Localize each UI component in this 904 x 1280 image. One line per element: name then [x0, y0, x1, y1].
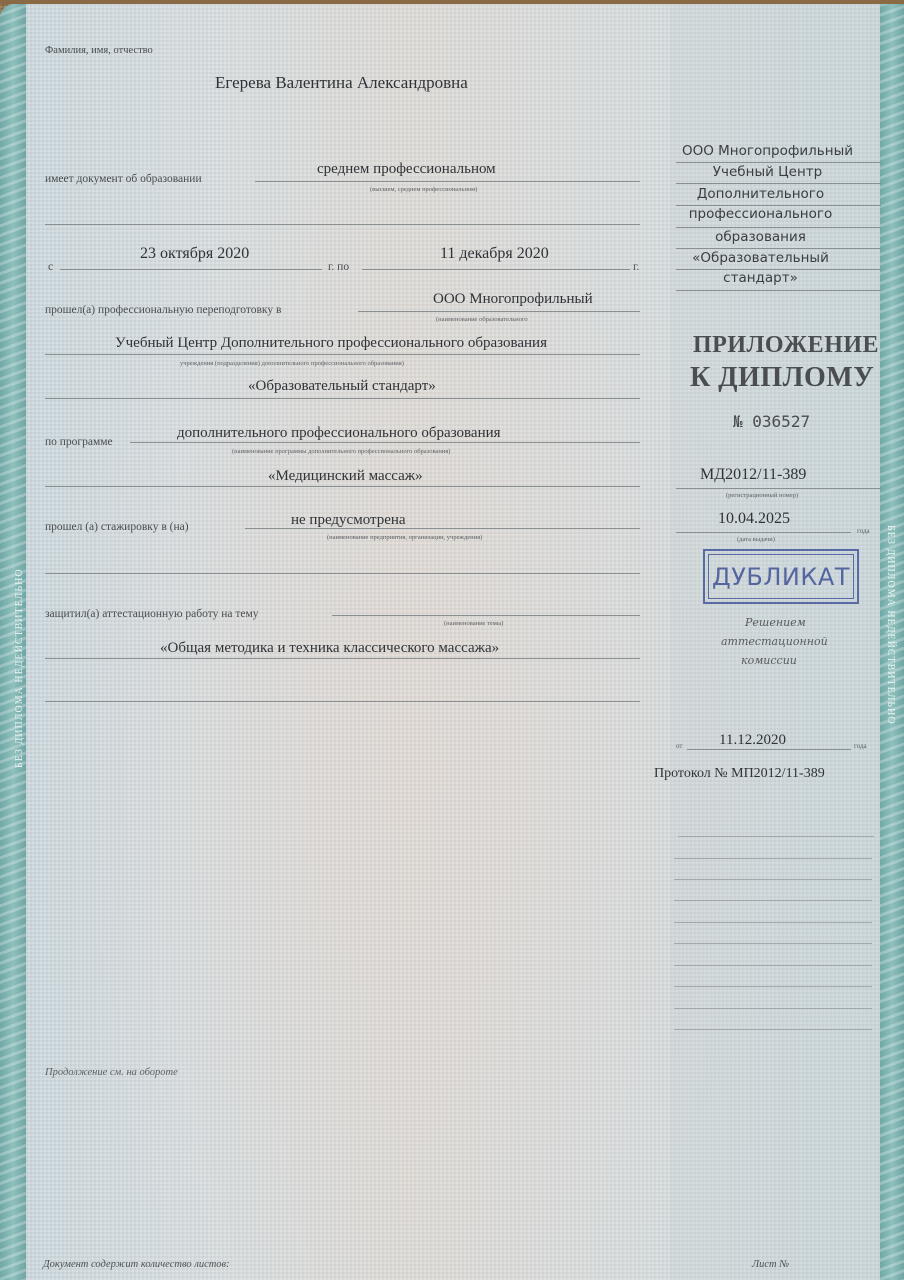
org-line: Учебный Центр: [670, 164, 865, 180]
thesis-value: «Общая методика и техника классического …: [160, 640, 499, 657]
org-underline: [676, 248, 881, 249]
decision-line: комиссии: [741, 654, 797, 667]
issue-date: 10.04.2025: [718, 510, 790, 528]
sheets-count-label: Документ содержит количество листов:: [43, 1259, 230, 1270]
retraining-line: [358, 311, 640, 312]
org-underline: [676, 227, 881, 228]
decision-suffix: года: [854, 742, 867, 750]
issue-caption: (дата выдачи): [737, 536, 775, 543]
ruled-line: [674, 900, 872, 901]
program-line2: «Медицинский массаж»: [268, 468, 423, 485]
org-line: ООО Многопрофильный: [670, 143, 865, 159]
program-caption: (наименование программы дополнительного …: [232, 448, 450, 455]
education-label: имеет документ об образовании: [45, 173, 202, 185]
org-underline: [676, 183, 881, 184]
org-line: профессионального: [663, 206, 858, 222]
protocol: Протокол № МП2012/11-389: [654, 766, 825, 782]
side-text-right: БЕЗ ДИПЛОМА НЕДЕЙСТВИТЕЛЬНО: [885, 525, 896, 535]
reg-caption: (регистрационный номер): [726, 492, 798, 499]
title-line1: ПРИЛОЖЕНИЕ: [693, 332, 879, 359]
ruled-line: [674, 943, 872, 944]
reg-number: МД2012/11-389: [700, 466, 806, 484]
education-caption: (высшем, среднем профессиональном): [370, 186, 477, 193]
from-date-line: [60, 269, 322, 270]
retraining-label: прошел(а) профессиональную переподготовк…: [45, 304, 281, 316]
ruled-line: [674, 1029, 872, 1030]
blank-number: № 036527: [733, 412, 810, 431]
ruled-line: [678, 836, 874, 837]
org-line: «Образовательный: [663, 250, 858, 266]
ruled-line: [674, 965, 872, 966]
blank-line: [45, 224, 640, 225]
program-line1: дополнительного профессионального образо…: [177, 425, 501, 442]
internship-blank-line: [45, 573, 640, 574]
duplicate-stamp-text: ДУБЛИКАТ: [708, 554, 854, 599]
ruled-line: [674, 986, 872, 987]
reg-number-line: [676, 488, 881, 489]
issue-date-line: [676, 532, 851, 533]
thesis-underline: [45, 658, 640, 659]
program-label: по программе: [45, 436, 113, 448]
org-line: образования: [663, 229, 858, 245]
decision-line: аттестационной: [721, 635, 828, 648]
title-line2: К ДИПЛОМУ: [690, 362, 874, 394]
program-line: [130, 442, 640, 443]
decision-line: Решением: [745, 616, 806, 629]
decision-date: 11.12.2020: [719, 732, 786, 749]
protocol-number: № МП2012/11-389: [714, 766, 824, 781]
year-suffix: г.: [633, 261, 639, 273]
duplicate-stamp: ДУБЛИКАТ: [703, 549, 859, 604]
internship-value: не предусмотрена: [291, 512, 406, 529]
fio-value: Егерева Валентина Александровна: [215, 73, 468, 93]
decision-from-label: от: [676, 742, 682, 750]
institution-caption2: учреждения (подразделения) дополнительно…: [180, 360, 404, 367]
org-line: Дополнительного: [663, 186, 858, 202]
continued-note: Продолжение см. на обороте: [45, 1067, 178, 1078]
ruled-line: [674, 922, 872, 923]
institution-line3: «Образовательный стандарт»: [248, 378, 436, 395]
program-line2-underline: [45, 486, 640, 487]
org-underline: [676, 162, 881, 163]
institution-line2-underline: [45, 354, 640, 355]
thesis-label: защитил(а) аттестационную работу на тему: [45, 608, 259, 620]
institution-line3-underline: [45, 398, 640, 399]
institution-line1: ООО Многопрофильный: [433, 291, 593, 308]
ruled-line: [674, 1008, 872, 1009]
from-date: 23 октября 2020: [140, 245, 249, 263]
to-date: 11 декабря 2020: [440, 245, 549, 263]
thesis-blank-line: [45, 701, 640, 702]
thesis-line: [332, 615, 640, 616]
decision-date-line: [687, 749, 851, 750]
issue-suffix: года: [857, 527, 870, 535]
fio-label: Фамилия, имя, отчество: [45, 45, 153, 56]
org-line: стандарт»: [663, 270, 858, 286]
org-underline: [676, 290, 881, 291]
sheet-number-label: Лист №: [752, 1259, 789, 1270]
side-text-left: БЕЗ ДИПЛОМА НЕДЕЙСТВИТЕЛЬНО: [14, 568, 25, 768]
number-sign: №: [733, 412, 743, 431]
institution-line2: Учебный Центр Дополнительного профессион…: [115, 335, 547, 352]
education-line: [255, 181, 640, 182]
protocol-label: Протокол: [654, 766, 711, 781]
internship-caption: (наименование предприятия, организации, …: [327, 534, 482, 541]
number-value: 036527: [752, 412, 810, 431]
from-label: с: [48, 261, 53, 273]
ruled-line: [674, 858, 872, 859]
institution-caption1: (наименование образовательного: [436, 316, 528, 323]
ruled-line: [674, 879, 872, 880]
to-date-line: [362, 269, 630, 270]
education-value: среднем профессиональном: [317, 161, 496, 178]
to-label: г. по: [328, 261, 349, 273]
internship-label: прошел (а) стажировку в (на): [45, 521, 189, 533]
thesis-caption: (наименование темы): [444, 620, 503, 627]
